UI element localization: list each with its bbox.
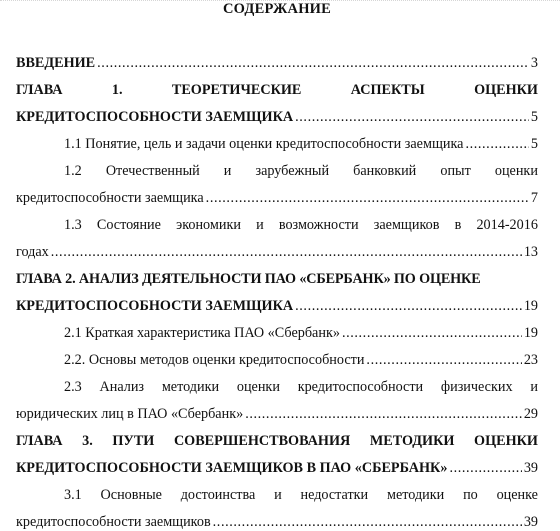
- dot-leader: [206, 189, 529, 207]
- toc-word: 2014-2016: [476, 216, 537, 234]
- toc-entry-ch1-line2[interactable]: КРЕДИТОСПОСОБНОСТИ ЗАЕМЩИКА 5: [16, 108, 538, 126]
- toc-entry-1-2-line1[interactable]: 1.2Отечественныйизарубежныйбанковкийопыт…: [16, 162, 538, 180]
- toc-entry-ch2-line1[interactable]: ГЛАВА 2. АНАЛИЗ ДЕЯТЕЛЬНОСТИ ПАО «СБЕРБА…: [16, 270, 538, 288]
- toc-word: банковкий: [353, 162, 416, 180]
- toc-entry-3-1-line1[interactable]: 3.1Основныедостоинстваинедостаткиметодик…: [16, 486, 538, 504]
- toc-entry-text: годах: [16, 243, 49, 261]
- toc-entry-intro[interactable]: ВВЕДЕНИЕ 3: [16, 54, 538, 72]
- toc-word: экономики: [176, 216, 241, 234]
- toc-page-number: 13: [524, 243, 538, 261]
- toc-entry-ch3-line2[interactable]: КРЕДИТОСПОСОБНОСТИ ЗАЕМЩИКОВ В ПАО «СБЕР…: [16, 459, 538, 477]
- toc-word: недостатки: [301, 486, 369, 504]
- toc-word: физических: [441, 378, 513, 396]
- toc-word: Анализ: [100, 378, 145, 396]
- dot-leader: [342, 324, 522, 342]
- toc-entry-1-3-line2[interactable]: годах 13: [16, 243, 538, 261]
- toc-word: ОЦЕНКИ: [474, 432, 538, 450]
- toc-page-number: 39: [524, 459, 538, 477]
- toc-entry-1-2-line2[interactable]: кредитоспособности заемщика 7: [16, 189, 538, 207]
- dot-leader: [245, 405, 522, 423]
- toc-word: методики: [162, 378, 219, 396]
- toc-word: Основные: [101, 486, 162, 504]
- toc-page-number: 3: [531, 54, 538, 72]
- toc-word: и: [274, 486, 282, 504]
- toc-word: оценки: [237, 378, 280, 396]
- toc-entry-1-1[interactable]: 1.1 Понятие, цель и задачи оценки кредит…: [16, 135, 538, 153]
- toc-word: Состояние: [97, 216, 161, 234]
- toc-entry-text: 2.1 Краткая характеристика ПАО «Сбербанк…: [64, 324, 340, 342]
- toc-word: АСПЕКТЫ: [351, 81, 425, 99]
- toc-entry-ch1-line1[interactable]: ГЛАВА1.ТЕОРЕТИЧЕСКИЕАСПЕКТЫОЦЕНКИ: [16, 81, 538, 99]
- toc-page-number: 23: [524, 351, 538, 369]
- dot-leader: [213, 513, 522, 531]
- toc-entry-2-2[interactable]: 2.2. Основы методов оценки кредитоспособ…: [16, 351, 538, 369]
- toc-word: и: [256, 216, 264, 234]
- toc-word: 1.3: [64, 216, 82, 234]
- toc-word: возможности: [279, 216, 359, 234]
- toc-entry-text: кредитоспособности заемщиков: [16, 513, 211, 531]
- dot-leader: [51, 243, 522, 261]
- toc-word: Отечественный: [106, 162, 200, 180]
- toc-entry-text: 1.1 Понятие, цель и задачи оценки кредит…: [64, 135, 463, 153]
- toc-word: ГЛАВА: [16, 81, 63, 99]
- toc-word: заемщиков: [374, 216, 440, 234]
- toc-word: опыт: [440, 162, 470, 180]
- toc-entry-text: кредитоспособности заемщика: [16, 189, 204, 207]
- toc-word: достоинства: [181, 486, 256, 504]
- toc-entry-3-1-line2[interactable]: кредитоспособности заемщиков 39: [16, 513, 538, 531]
- toc-word: и: [530, 378, 538, 396]
- dot-leader: [465, 135, 528, 153]
- toc-entry-ch3-line1[interactable]: ГЛАВА3.ПУТИСОВЕРШЕНСТВОВАНИЯМЕТОДИКИОЦЕН…: [16, 432, 538, 450]
- toc-entry-text: 2.2. Основы методов оценки кредитоспособ…: [64, 351, 364, 369]
- toc-entry-text: юридических лиц в ПАО «Сбербанк»: [16, 405, 243, 423]
- toc-page-number: 5: [531, 135, 538, 153]
- dot-leader: [97, 54, 529, 72]
- toc-word: кредитоспособности: [298, 378, 423, 396]
- toc-word: ОЦЕНКИ: [474, 81, 538, 99]
- toc-word: зарубежный: [255, 162, 329, 180]
- dot-leader: [295, 297, 522, 315]
- toc-word: в: [455, 216, 462, 234]
- toc-word: СОВЕРШЕНСТВОВАНИЯ: [174, 432, 350, 450]
- toc-word: по: [463, 486, 478, 504]
- toc-word: оценки: [495, 162, 538, 180]
- toc-title: СОДЕРЖАНИЕ: [16, 0, 538, 18]
- toc-entry-ch2-line2[interactable]: КРЕДИТОСПОСОБНОСТИ ЗАЕМЩИКА 19: [16, 297, 538, 315]
- toc-word: 2.3: [64, 378, 82, 396]
- toc-entry-2-3-line1[interactable]: 2.3Анализметодикиоценкикредитоспособност…: [16, 378, 538, 396]
- toc-entry-1-3-line1[interactable]: 1.3Состояниеэкономикиивозможностизаемщик…: [16, 216, 538, 234]
- toc-word: ГЛАВА: [16, 432, 63, 450]
- toc-word: МЕТОДИКИ: [370, 432, 455, 450]
- toc-word: 3.: [82, 432, 93, 450]
- toc-page-number: 29: [524, 405, 538, 423]
- dot-leader: [295, 108, 529, 126]
- toc-page-number: 39: [524, 513, 538, 531]
- dot-leader: [449, 459, 521, 477]
- toc-entry-text: ВВЕДЕНИЕ: [16, 54, 95, 72]
- toc-word: и: [224, 162, 232, 180]
- toc-word: 3.1: [64, 486, 82, 504]
- toc-word: методики: [387, 486, 444, 504]
- toc-page-number: 7: [531, 189, 538, 207]
- toc-word: 1.: [112, 81, 123, 99]
- toc-page-number: 5: [531, 108, 538, 126]
- dot-leader: [366, 351, 521, 369]
- toc-word: оценке: [497, 486, 538, 504]
- toc-entry-text: КРЕДИТОСПОСОБНОСТИ ЗАЕМЩИКА: [16, 297, 293, 315]
- toc-page-number: 19: [524, 297, 538, 315]
- toc-entry-2-3-line2[interactable]: юридических лиц в ПАО «Сбербанк» 29: [16, 405, 538, 423]
- toc-word: ТЕОРЕТИЧЕСКИЕ: [172, 81, 302, 99]
- toc-page-number: 19: [524, 324, 538, 342]
- toc-word: ПУТИ: [112, 432, 154, 450]
- toc-word: 1.2: [64, 162, 82, 180]
- toc-entry-2-1[interactable]: 2.1 Краткая характеристика ПАО «Сбербанк…: [16, 324, 538, 342]
- toc-entry-text: КРЕДИТОСПОСОБНОСТИ ЗАЕМЩИКОВ В ПАО «СБЕР…: [16, 459, 447, 477]
- toc-entry-text: КРЕДИТОСПОСОБНОСТИ ЗАЕМЩИКА: [16, 108, 293, 126]
